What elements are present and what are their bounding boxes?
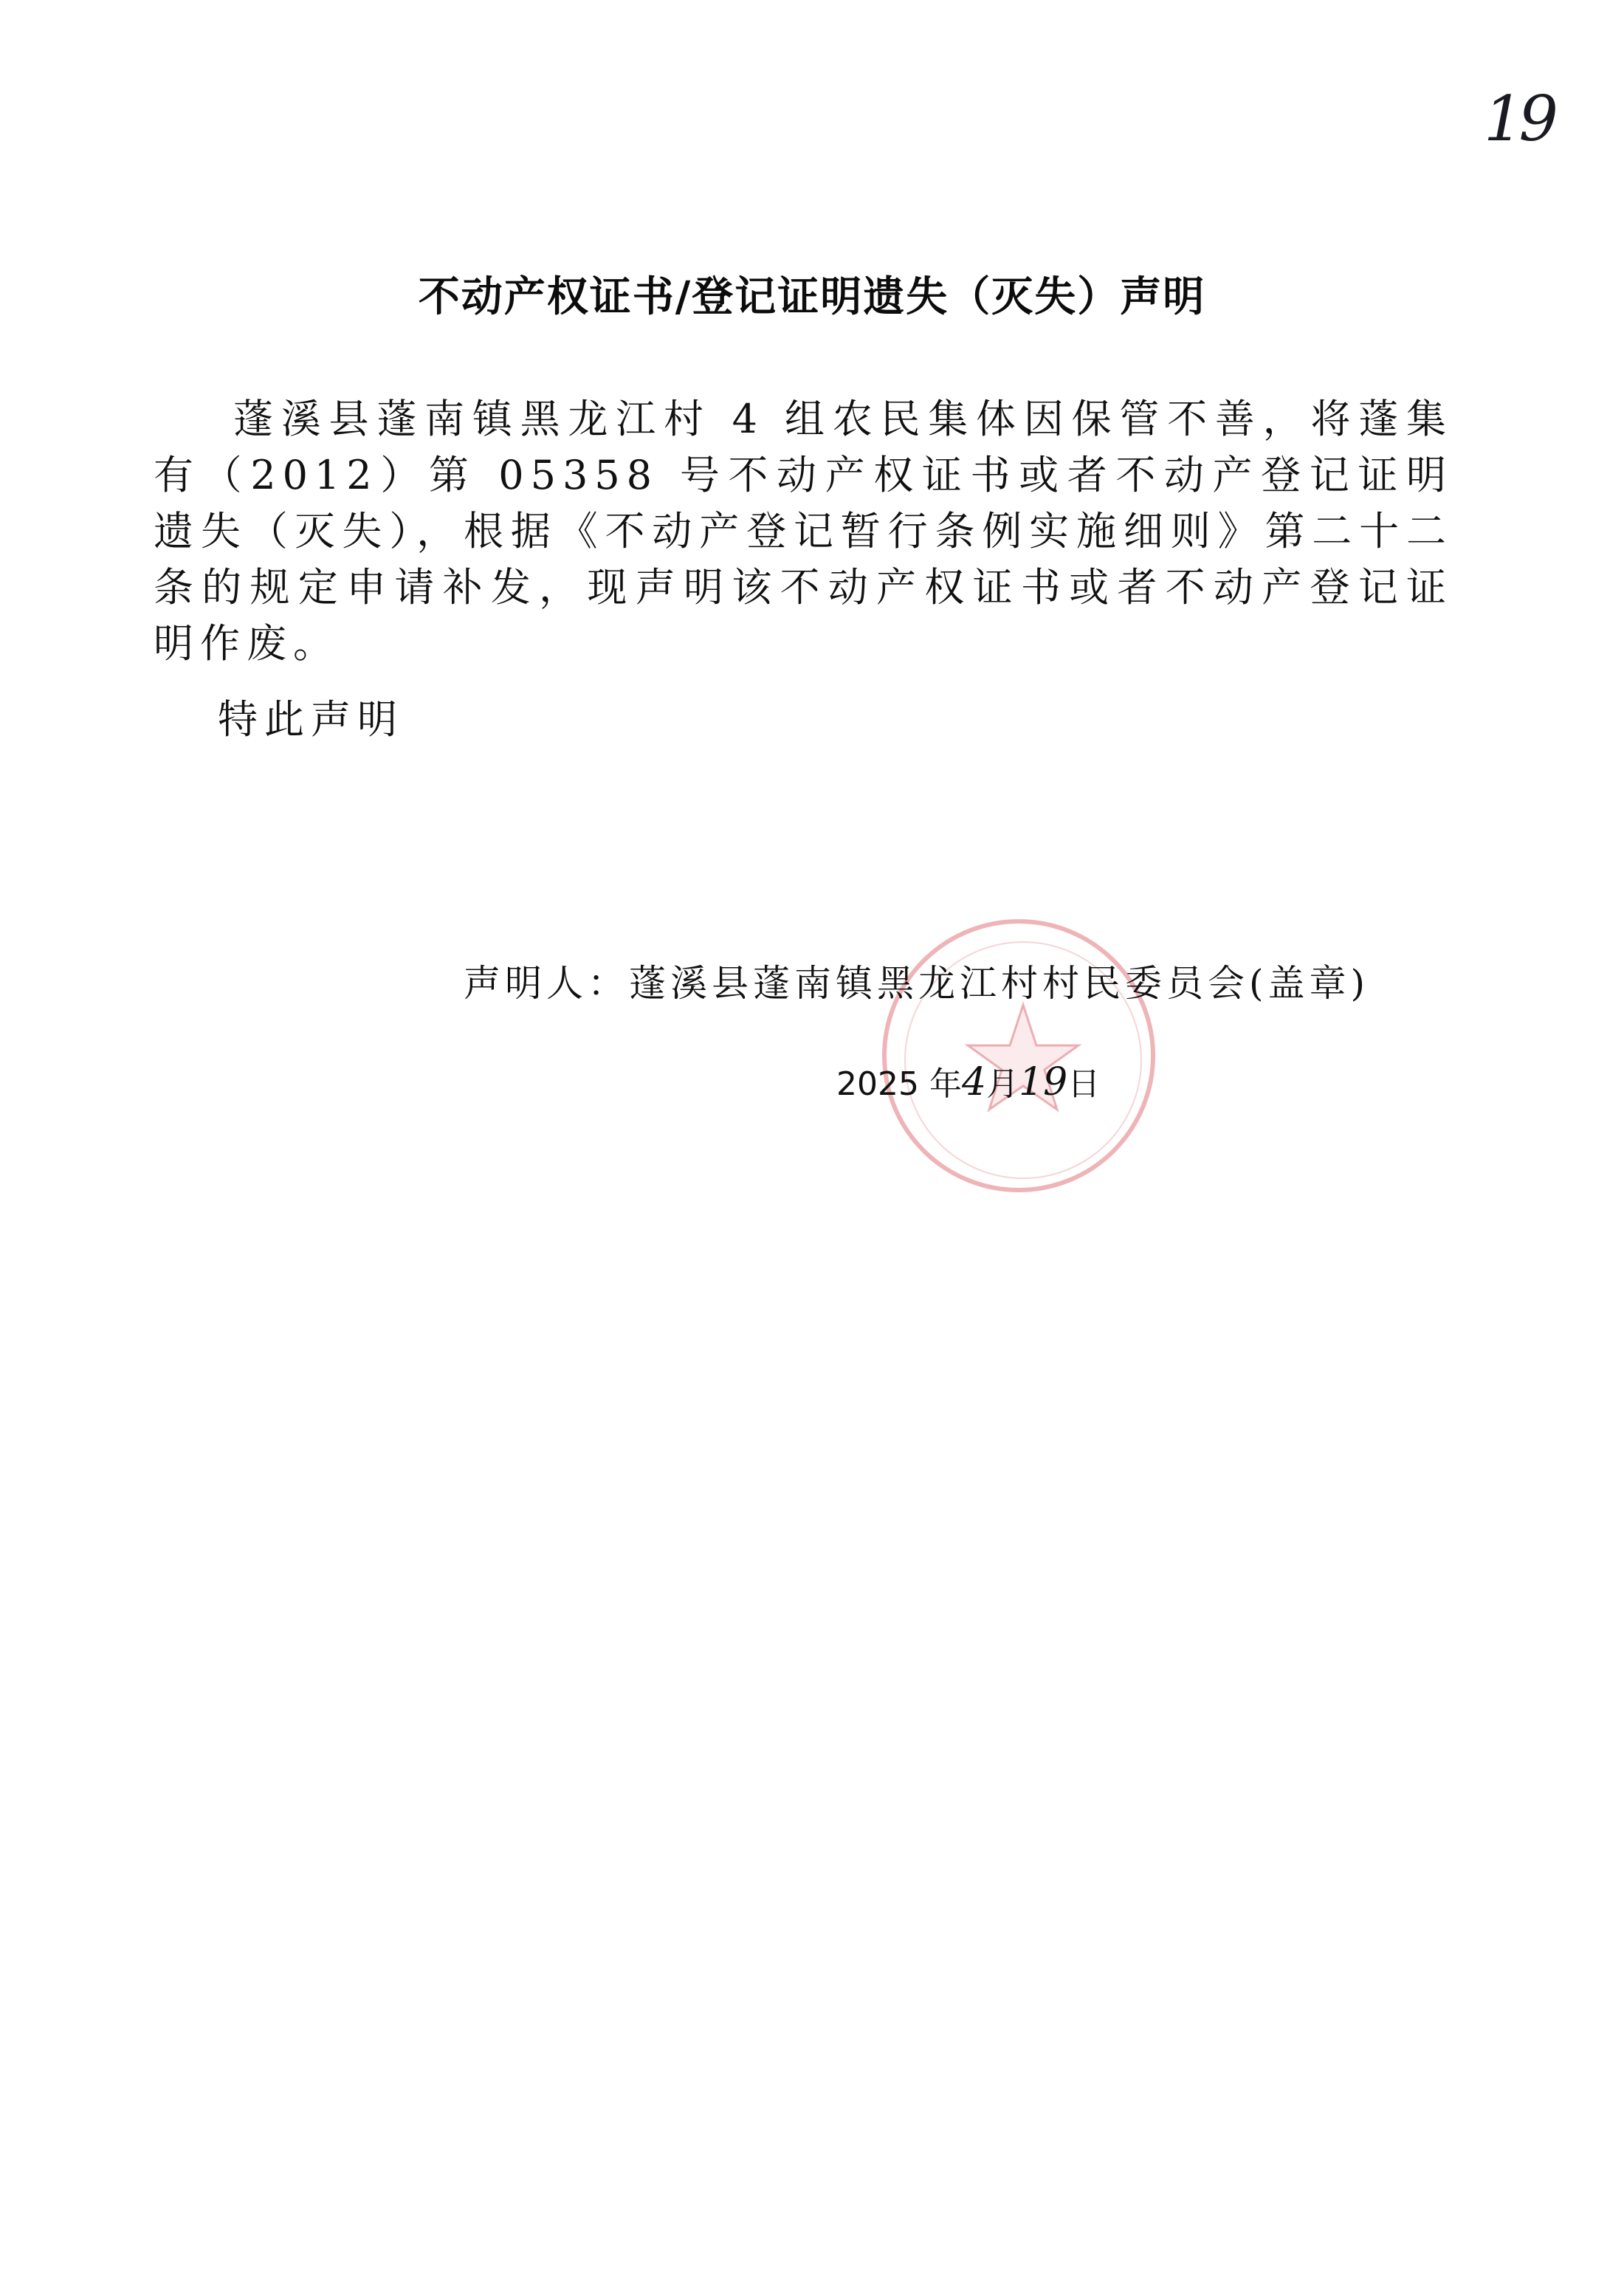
date-month-handwritten: 4	[962, 1060, 986, 1104]
date-day-suffix: 日	[1067, 1065, 1100, 1103]
declarant-line: 声明人：蓬溪县蓬南镇黑龙江村村民委员会(盖章)	[464, 954, 1369, 1007]
declarant-name: 蓬溪县蓬南镇黑龙江村村民委员会(盖章)	[629, 962, 1369, 1005]
closing-statement: 特此声明	[218, 688, 404, 745]
declaration-date: 2025 年4月19日	[836, 1057, 1100, 1104]
declaration-body: 蓬溪县蓬南镇黑龙江村 4 组农民集体因保管不善，将蓬集有（2012）第 0535…	[154, 391, 1453, 672]
date-day-handwritten: 19	[1019, 1060, 1067, 1104]
declarant-label: 声明人：	[464, 962, 629, 1005]
date-month-suffix: 月	[986, 1065, 1019, 1103]
date-year: 2025	[836, 1065, 919, 1103]
handwritten-page-number: 19	[1484, 83, 1554, 155]
date-year-suffix: 年	[919, 1065, 962, 1103]
body-paragraph: 蓬溪县蓬南镇黑龙江村 4 组农民集体因保管不善，将蓬集有（2012）第 0535…	[154, 391, 1453, 672]
document-title: 不动产权证书/登记证明遗失（灭失）声明	[0, 264, 1624, 323]
